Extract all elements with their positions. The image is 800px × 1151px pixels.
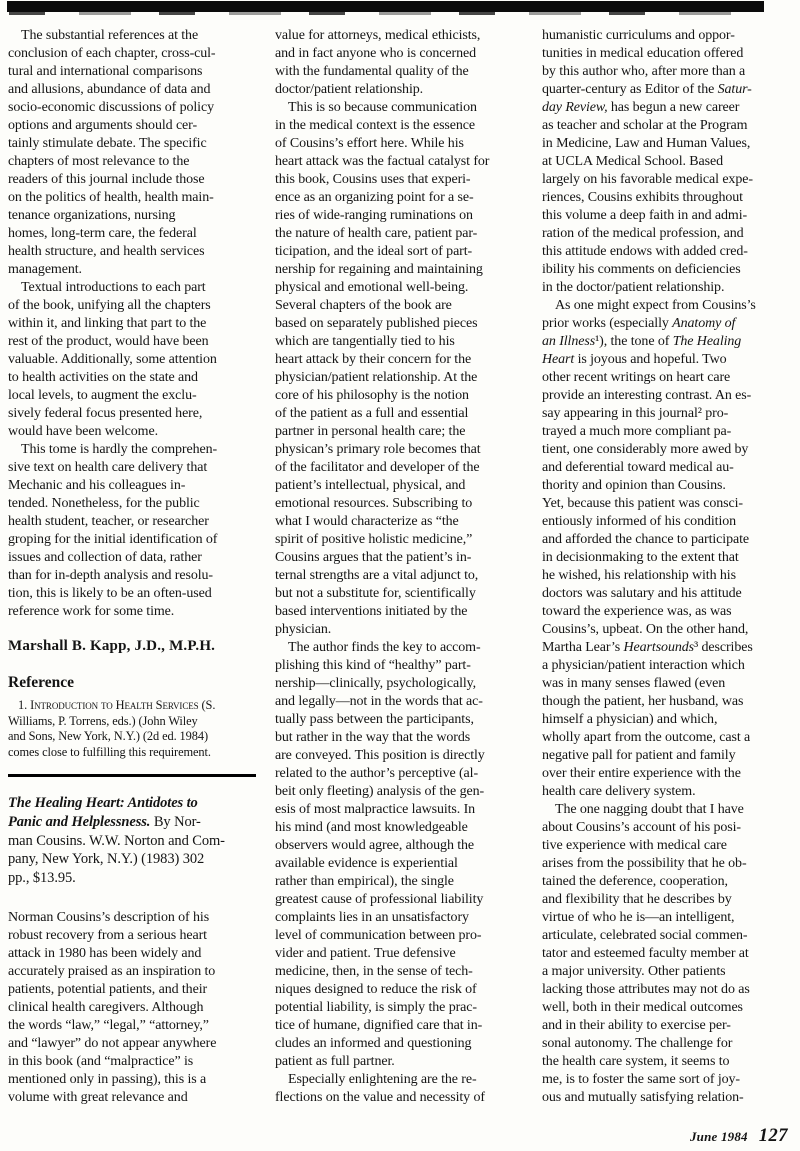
- footer-issue-date: June 1984: [690, 1129, 748, 1145]
- reference-heading: Reference: [8, 674, 256, 692]
- journal-page: The substantial references at the conclu…: [0, 0, 800, 1151]
- body-paragraph: As one might expect from Cousins’s prior…: [542, 297, 790, 801]
- book-citation: The Healing Heart: Antidotes to Panic an…: [8, 794, 256, 887]
- body-paragraph: value for attorneys, medical ethicists, …: [275, 27, 523, 99]
- body-paragraph: The one nagging doubt that I have about …: [542, 801, 790, 1107]
- body-paragraph: The substantial references at the conclu…: [8, 27, 256, 279]
- column-2: value for attorneys, medical ethicists, …: [275, 27, 523, 1107]
- reference-item: 1. Introduction to Health Services (S. W…: [8, 698, 256, 760]
- body-paragraph: Norman Cousins’s description of his robu…: [8, 909, 256, 1107]
- body-paragraph: humanistic curriculums and oppor- tuniti…: [542, 27, 790, 297]
- text-columns: The substantial references at the conclu…: [8, 27, 790, 1107]
- top-scan-bar: [7, 1, 764, 12]
- column-3: humanistic curriculums and oppor- tuniti…: [542, 27, 790, 1107]
- page-footer: June 1984 127: [690, 1126, 788, 1147]
- body-paragraph: The author finds the key to accom- plish…: [275, 639, 523, 1071]
- body-paragraph: This tome is hardly the comprehen- sive …: [8, 441, 256, 621]
- column-1: The substantial references at the conclu…: [8, 27, 256, 1107]
- section-divider: [8, 774, 256, 777]
- body-paragraph: Especially enlightening are the re- flec…: [275, 1071, 523, 1107]
- footer-page-number: 127: [759, 1126, 788, 1147]
- body-paragraph: Textual introductions to each part of th…: [8, 279, 256, 441]
- body-paragraph: This is so because communication in the …: [275, 99, 523, 639]
- reviewer-signature: Marshall B. Kapp, J.D., M.P.H.: [8, 638, 256, 655]
